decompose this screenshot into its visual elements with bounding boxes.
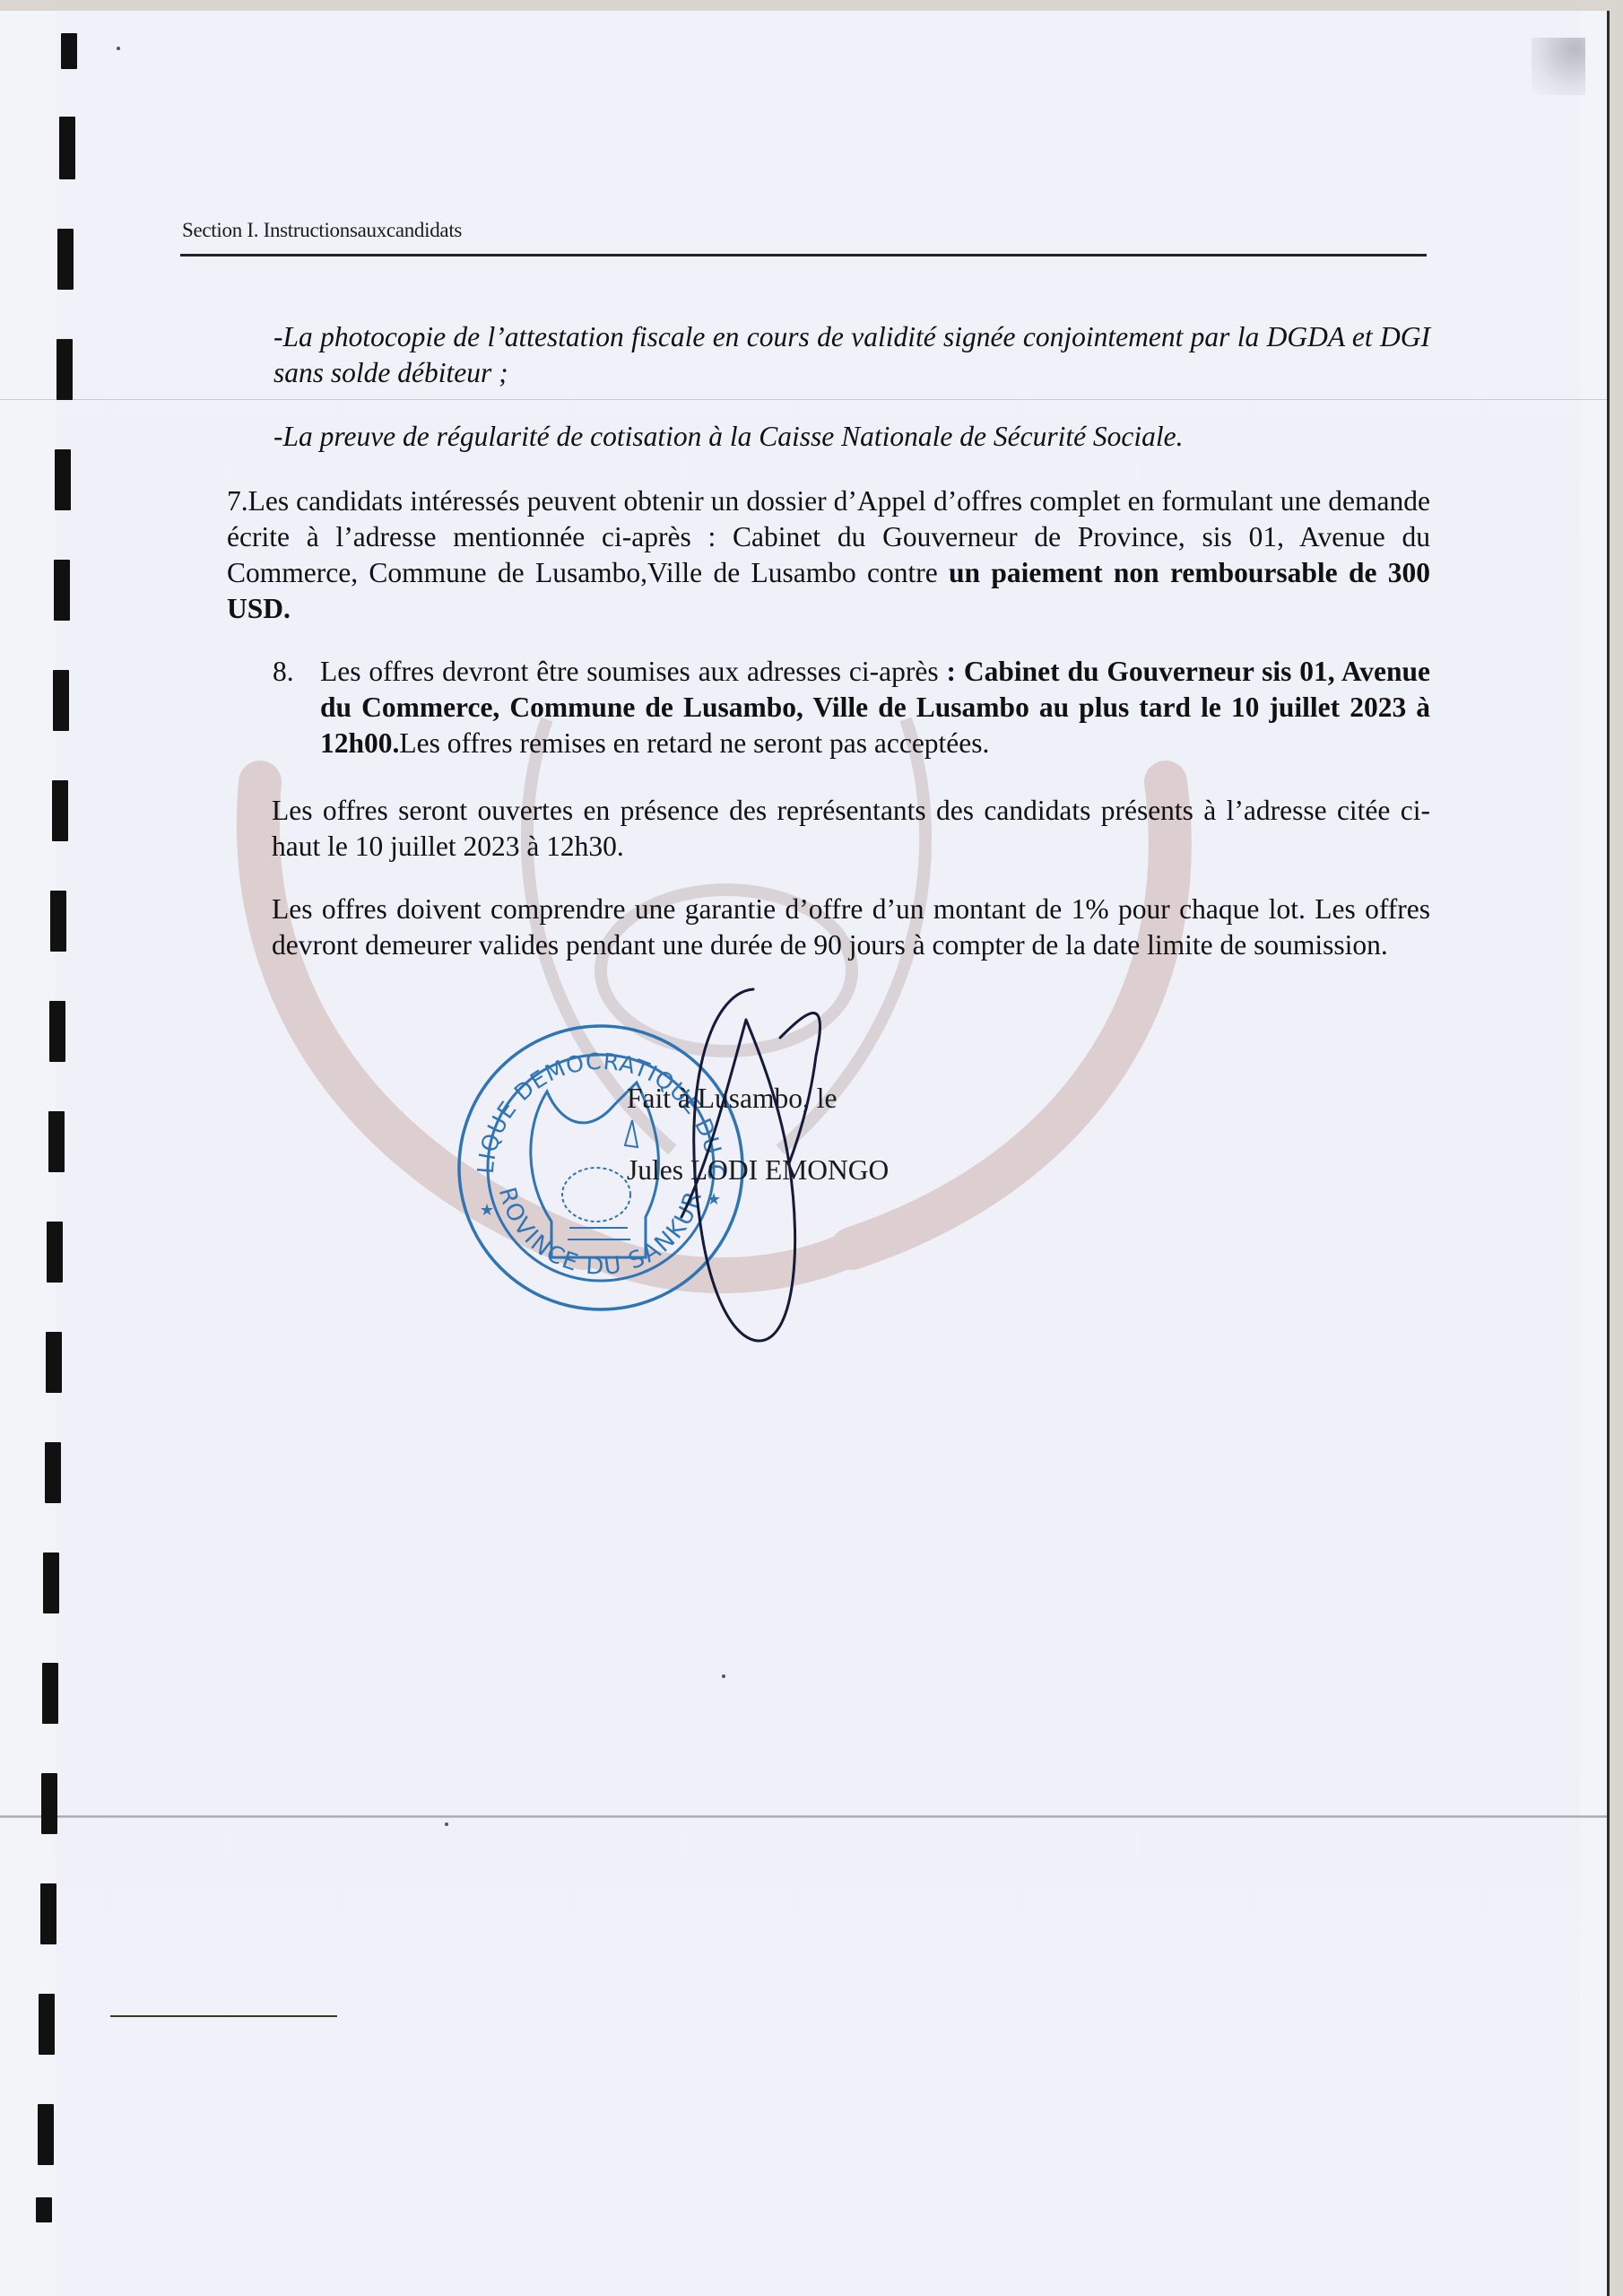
binding-hole-mark xyxy=(48,1111,65,1172)
binding-hole-mark xyxy=(55,449,71,510)
requirement-social-security: -La preuve de régularité de cotisation à… xyxy=(273,419,1430,455)
binding-hole-mark xyxy=(50,891,66,952)
requirement-tax-certificate: -La photocopie de l’attestation fiscale … xyxy=(273,319,1430,391)
binding-hole-mark xyxy=(43,1552,59,1613)
binding-hole-mark xyxy=(46,1332,62,1393)
paragraph-guarantee: Les offres doivent comprendre une garant… xyxy=(272,891,1430,963)
section-header: Section I. Instructionsauxcandidats xyxy=(182,219,1427,242)
footnote-divider xyxy=(110,2015,337,2017)
binding-hole-mark xyxy=(40,1883,56,1944)
paragraph-7-dossier: 7.Les candidats intéressés peuvent obten… xyxy=(227,483,1430,627)
fold-line xyxy=(0,1815,1607,1818)
binding-hole-mark xyxy=(45,1442,61,1503)
paragraph-8-tail: Les offres remises en retard ne seront p… xyxy=(399,727,989,759)
binding-hole-mark xyxy=(59,117,75,179)
scan-corner-shadow xyxy=(1532,38,1585,95)
binding-hole-mark xyxy=(38,2104,54,2165)
scan-speck xyxy=(722,1674,725,1678)
binding-hole-mark xyxy=(56,339,73,400)
binding-hole-mark xyxy=(52,780,68,841)
scan-speck xyxy=(445,1822,448,1826)
binding-hole-mark xyxy=(47,1222,63,1283)
paragraph-8-text: Les offres devront être soumises aux adr… xyxy=(320,656,946,687)
scan-speck xyxy=(117,47,120,50)
paragraph-7-tail: . xyxy=(283,593,291,624)
header-divider xyxy=(180,254,1427,257)
svg-text:★: ★ xyxy=(480,1201,494,1219)
binding-hole-mark xyxy=(53,670,69,731)
binding-hole-mark xyxy=(36,2197,52,2222)
paragraph-opening: Les offres seront ouvertes en présence d… xyxy=(272,793,1430,865)
paragraph-8-number: 8. xyxy=(273,654,294,690)
binding-hole-mark xyxy=(57,229,74,290)
binding-hole-mark xyxy=(54,560,70,621)
binding-hole-mark xyxy=(49,1001,65,1062)
handwritten-signature-icon xyxy=(646,984,843,1347)
scanned-page: Section I. Instructionsauxcandidats -La … xyxy=(0,11,1610,2296)
binding-hole-mark xyxy=(41,1773,57,1834)
paragraph-8-submission: Les offres devront être soumises aux adr… xyxy=(320,654,1430,761)
binding-hole-mark xyxy=(39,1994,55,2055)
binding-hole-mark xyxy=(61,33,77,69)
binding-hole-mark xyxy=(42,1663,58,1724)
